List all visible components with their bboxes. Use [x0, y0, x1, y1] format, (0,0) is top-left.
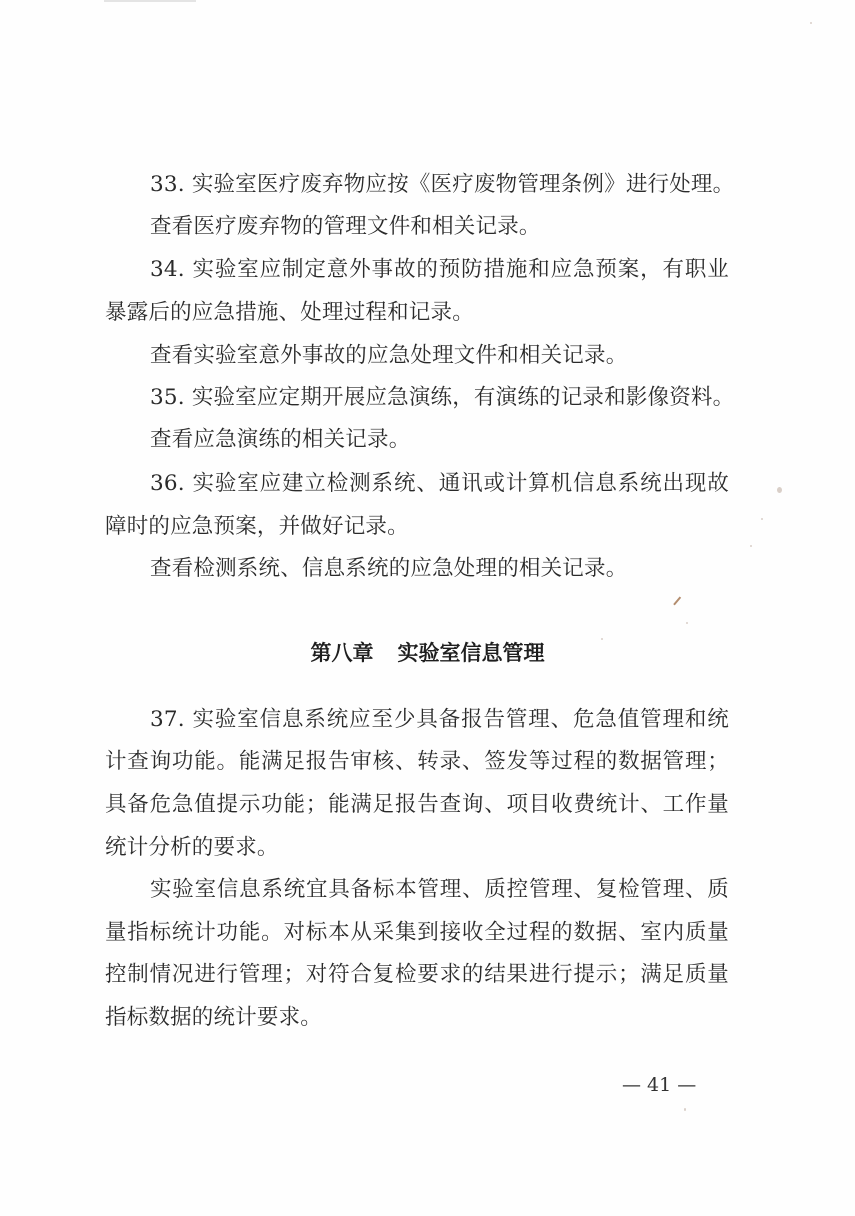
item-36-line-2: 障时的应急预案，并做好记录。: [105, 512, 729, 542]
scan-stroke-mark: [673, 596, 681, 605]
item-33-line-1: 33. 实验室医疗废弃物应按《医疗废物管理条例》进行处理。: [150, 170, 729, 200]
scan-edge-mark: [104, 0, 196, 2]
scan-speck: [761, 518, 763, 520]
item-35-check-line: 查看应急演练的相关记录。: [150, 425, 729, 455]
item-35-line-1: 35. 实验室应定期开展应急演练，有演练的记录和影像资料。: [150, 383, 729, 413]
scan-speck: [777, 487, 782, 493]
page-number: — 41 —: [622, 1071, 696, 1099]
item-34-line-2: 暴露后的应急措施、处理过程和记录。: [105, 298, 729, 328]
document-page: 33. 实验室医疗废弃物应按《医疗废物管理条例》进行处理。 查看医疗废弃物的管理…: [0, 0, 855, 1216]
scan-speck: [686, 622, 688, 624]
item-36-check-line: 查看检测系统、信息系统的应急处理的相关记录。: [150, 554, 729, 584]
item-37-p2-line-4: 指标数据的统计要求。: [105, 1003, 729, 1033]
item-37-p1-line-2: 计查询功能。能满足报告审核、转录、签发等过程的数据管理；: [105, 747, 729, 777]
item-34-check-line: 查看实验室意外事故的应急处理文件和相关记录。: [150, 341, 729, 371]
item-37-p2-line-3: 控制情况进行管理；对符合复检要求的结果进行提示；满足质量: [105, 960, 729, 990]
scan-speck: [750, 545, 752, 547]
item-33-check-line: 查看医疗废弃物的管理文件和相关记录。: [150, 212, 729, 242]
item-37-p1-line-1: 37. 实验室信息系统应至少具备报告管理、危急值管理和统: [150, 705, 729, 735]
scan-speck: [684, 1108, 686, 1111]
chapter-title: 实验室信息管理: [398, 641, 545, 665]
item-37-p2-line-2: 量指标统计功能。对标本从采集到接收全过程的数据、室内质量: [105, 918, 729, 948]
item-37-p1-line-4: 统计分析的要求。: [105, 833, 729, 863]
item-37-p2-line-1: 实验室信息系统宜具备标本管理、质控管理、复检管理、质: [150, 875, 729, 905]
scan-speck: [601, 638, 603, 640]
chapter-number: 第八章: [311, 641, 374, 665]
item-34-line-1: 34. 实验室应制定意外事故的预防措施和应急预案，有职业: [150, 255, 729, 285]
item-36-line-1: 36. 实验室应建立检测系统、通讯或计算机信息系统出现故: [150, 469, 729, 499]
item-37-p1-line-3: 具备危急值提示功能；能满足报告查询、项目收费统计、工作量: [105, 790, 729, 820]
chapter-heading: 第八章实验室信息管理: [0, 638, 855, 668]
scan-speck: [810, 22, 812, 24]
